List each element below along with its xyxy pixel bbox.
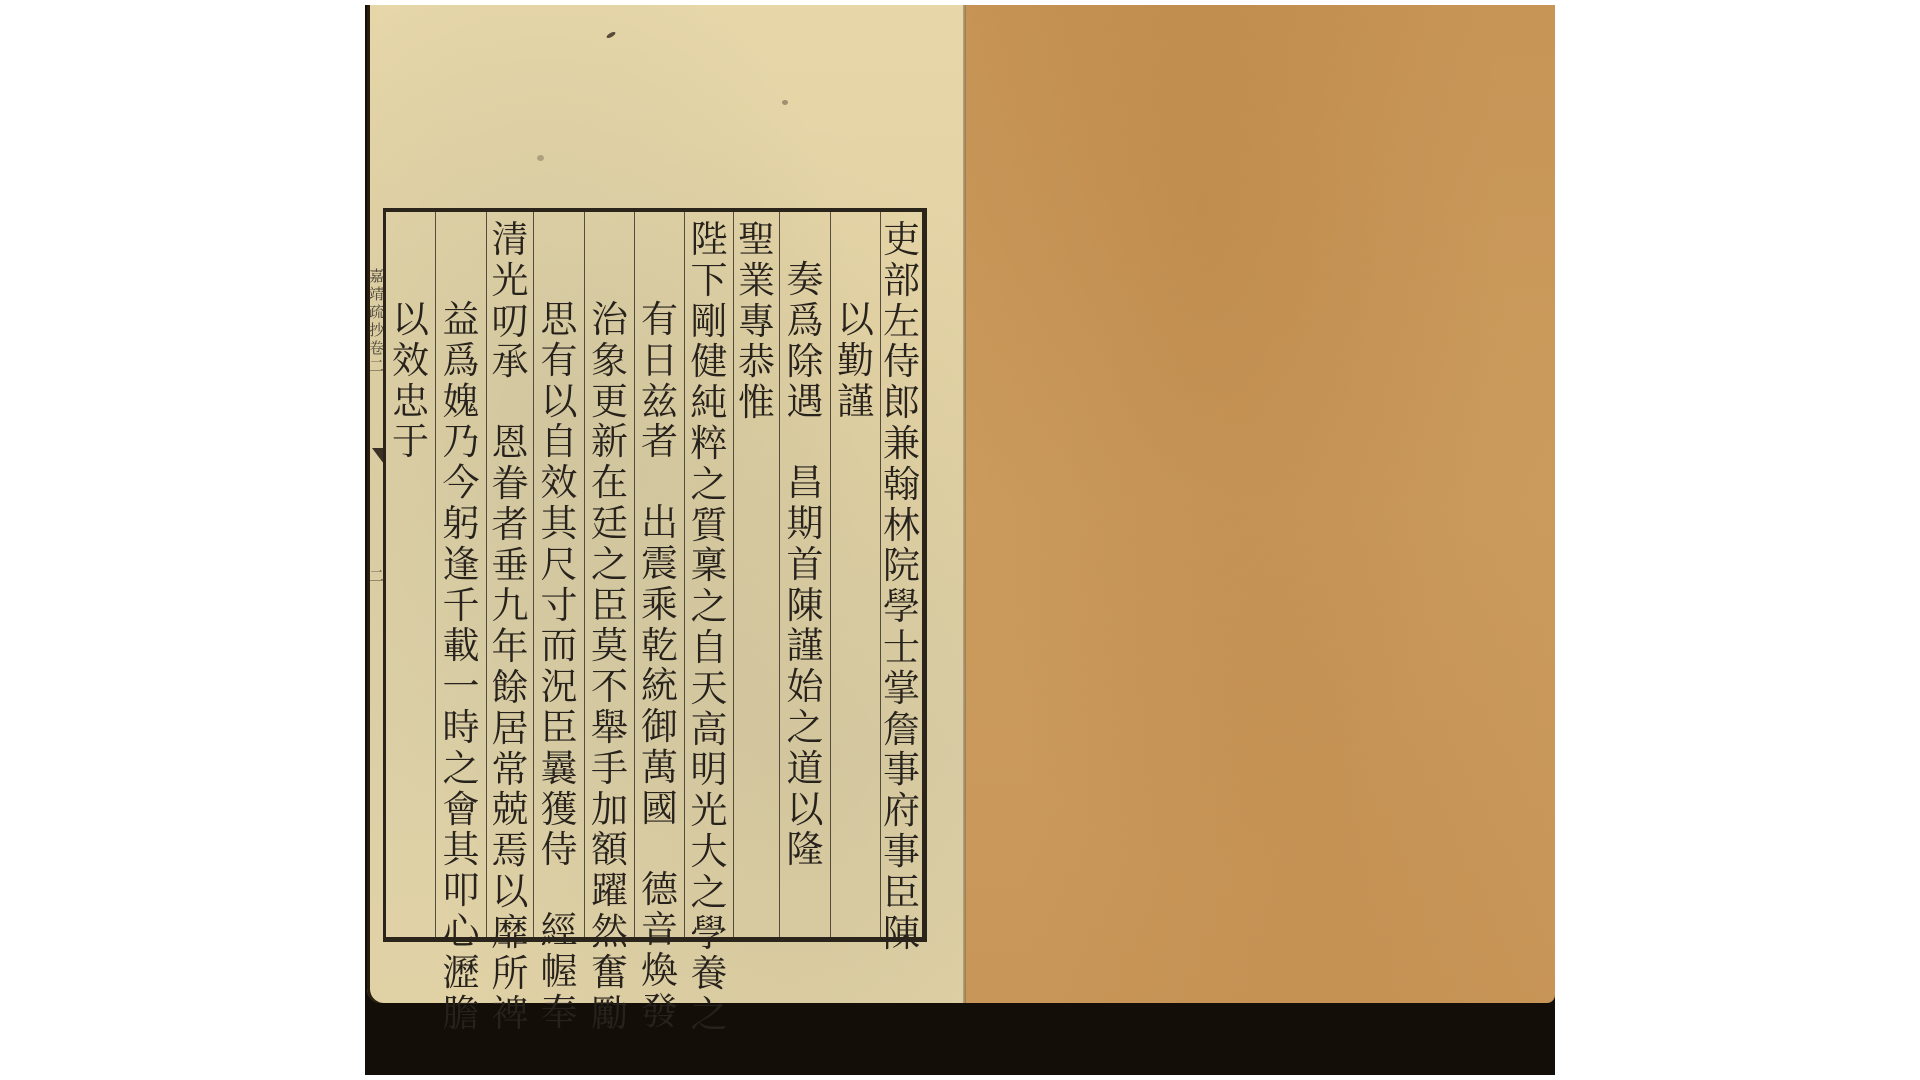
column-text: 吏部左侍郎兼翰林院學士掌詹事府事臣陳 xyxy=(881,220,922,954)
text-column: 思有以自效其尺寸而況臣曩獲侍經幄奉 xyxy=(533,212,584,937)
ink-spot xyxy=(782,100,788,105)
margin-title-text: 嘉靖疏抄卷二 xyxy=(369,267,383,375)
column-text: 陛下剛健純粹之質稟之自天高明光大之學養之 xyxy=(685,220,733,1036)
text-column: 以勤謹 xyxy=(830,212,880,937)
column-text: 奏爲除遇昌期首陳謹始之道以隆 xyxy=(780,260,830,871)
text-column: 吏部左侍郎兼翰林院學士掌詹事府事臣陳 xyxy=(880,212,922,937)
text-column: 奏爲除遇昌期首陳謹始之道以隆 xyxy=(779,212,830,937)
text-column: 以效忠于 xyxy=(386,212,435,937)
column-text: 治象更新在廷之臣莫不舉手加額躍然奮勵 xyxy=(585,300,634,1034)
ink-spot xyxy=(606,31,617,39)
left-page: 嘉靖疏抄卷二 二 吏部左侍郎兼翰林院學士掌詹事府事臣陳以勤謹奏爲除遇昌期首陳謹始… xyxy=(367,5,966,1003)
text-column: 益爲媿乃今躬逢千載一時之會其叩心瀝膽 xyxy=(435,212,486,937)
column-text: 以效忠于 xyxy=(386,300,435,463)
text-column: 陛下剛健純粹之質稟之自天高明光大之學養之 xyxy=(684,212,733,937)
column-text: 思有以自效其尺寸而況臣曩獲侍經幄奉 xyxy=(534,300,584,1034)
ink-spot xyxy=(537,155,544,161)
column-text: 以勤謹 xyxy=(831,300,880,422)
column-text: 聖業專恭惟 xyxy=(734,220,779,424)
scanned-book-spread: 嘉靖疏抄卷二 二 吏部左侍郎兼翰林院學士掌詹事府事臣陳以勤謹奏爲除遇昌期首陳謹始… xyxy=(365,5,1555,1075)
text-frame: 吏部左侍郎兼翰林院學士掌詹事府事臣陳以勤謹奏爲除遇昌期首陳謹始之道以隆聖業專恭惟… xyxy=(383,208,927,942)
right-page-blank xyxy=(966,5,1555,1003)
text-column: 聖業專恭惟 xyxy=(733,212,779,937)
text-column: 治象更新在廷之臣莫不舉手加額躍然奮勵 xyxy=(584,212,634,937)
margin-page-number: 二 xyxy=(369,567,383,585)
column-text: 清光叨承恩眷者垂九年餘居常兢焉以靡所裨 xyxy=(487,220,533,1035)
margin-title: 嘉靖疏抄卷二 xyxy=(369,267,383,375)
text-column: 清光叨承恩眷者垂九年餘居常兢焉以靡所裨 xyxy=(486,212,533,937)
text-column: 有日兹者出震乘乾統御萬國德音煥發 xyxy=(634,212,684,937)
column-text: 有日兹者出震乘乾統御萬國德音煥發 xyxy=(635,300,684,1033)
column-text: 益爲媿乃今躬逢千載一時之會其叩心瀝膽 xyxy=(436,300,486,1034)
